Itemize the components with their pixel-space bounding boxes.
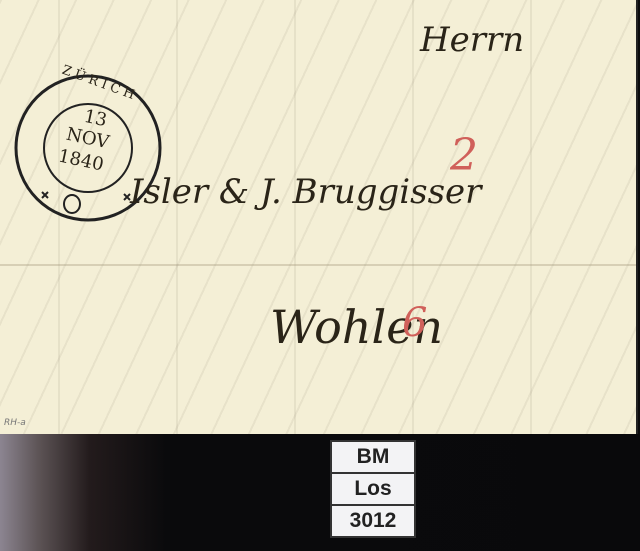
pencil-note: RH-a [4, 418, 26, 428]
lot-label: BM Los 3012 [330, 440, 416, 538]
lot-label-line3: 3012 [332, 506, 414, 536]
backdrop [0, 434, 640, 551]
addressee-text: Isler & J. Bruggisser [130, 172, 481, 212]
lot-label-line1: BM [332, 442, 414, 474]
salutation-text: Herrn [420, 20, 524, 60]
red-rate-mark: 2 [450, 130, 478, 181]
red-rate-mark-2: 6 [402, 300, 427, 346]
lot-label-line2: Los [332, 474, 414, 506]
fold-line [0, 264, 636, 266]
letter-cover: ZÜRICH 13 NOV 1840 Herrn Isler & J. Brug… [0, 0, 638, 434]
